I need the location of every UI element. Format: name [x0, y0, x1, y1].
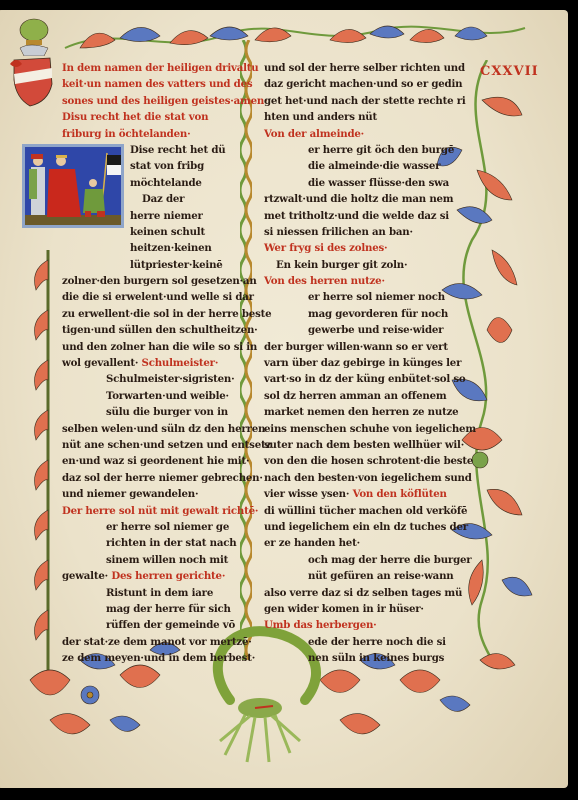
chapter-number: CXXVII: [480, 64, 539, 79]
text-line: mag gevorderen für noch: [264, 306, 454, 322]
text-line: Disu recht het die stat von: [62, 109, 258, 125]
text-line: und iegelichem ein eln dz tuches der: [264, 519, 454, 535]
text-line: er herre git öch den burgē: [264, 142, 454, 158]
text-line: gewerbe und reise·wider: [264, 322, 454, 338]
text-line: selben welen·und süln dz den herren: [62, 421, 258, 437]
text-line: und niemer gewandelen·: [62, 486, 258, 502]
text-line: stat von fribg: [62, 158, 258, 174]
text-line: die almeinde·die wasser: [264, 158, 454, 174]
text-line: also verre daz si dz selben tages mü: [264, 585, 454, 601]
text-line: heitzen·keinen: [62, 240, 258, 256]
text-line: Von der almeinde·: [264, 126, 454, 142]
rubric-heading: Von den köflüten: [349, 488, 447, 500]
text-line: si niessen frilichen an ban·: [264, 224, 454, 240]
text-line: ede der herre noch die si: [264, 634, 454, 650]
text-line: der burger willen·wann so er vert: [264, 339, 454, 355]
text-line: vart·so in dz der küng enbütet·sol so: [264, 371, 454, 387]
text-line: rüffen der gemeinde vō: [62, 617, 258, 633]
rubric-heading: Schulmeister·: [138, 357, 218, 369]
text-line: Wer fryg si des zolnes·: [264, 240, 454, 256]
text-line: Torwarten·und weible·: [62, 388, 258, 404]
text-line: En kein burger git zoln·: [264, 257, 454, 273]
text-line: nüt gefüren an reise·wann: [264, 568, 454, 584]
text-line: varn über daz gebirge in künges ler: [264, 355, 454, 371]
text-line: sones und des heiligen geistes·amen·: [62, 93, 258, 109]
text-line: en·und waz si geordenent hie mit·: [62, 453, 258, 469]
text-line: keit·un namen des vatters und des: [62, 76, 258, 92]
text-line: sol dz herren amman an offenem: [264, 388, 454, 404]
text-line: get het·und nach der stette rechte ri: [264, 93, 454, 109]
coat-of-arms-shield-icon: [10, 56, 54, 108]
text-line: och mag der herre die burger: [264, 552, 454, 568]
text-line: er ze handen het·: [264, 535, 454, 551]
text-line: lütpriester·keinē: [62, 257, 258, 273]
text-line: richten in der stat nach: [62, 535, 258, 551]
text-line: Von des herren nutze·: [264, 273, 454, 289]
rubric-heading: Des herren gerichte·: [108, 570, 225, 582]
text-line: Dise recht het dü: [62, 142, 258, 158]
text-line: und sol der herre selber richten und: [264, 60, 454, 76]
text-line: und den zolner han die wile so si in: [62, 339, 258, 355]
text-line: eins menschen schuhe von iegelichem: [264, 421, 454, 437]
text-line: nüt ane schen·und setzen und entsetz: [62, 437, 258, 453]
text-line: di wüllini tücher machen old verköfē: [264, 503, 454, 519]
text-line: gewalte· Des herren gerichte·: [62, 568, 258, 584]
text-line: sinem willen noch mit: [62, 552, 258, 568]
text-line: keinen schult: [62, 224, 258, 240]
text-line: suter nach dem besten wellhüer wil·: [264, 437, 454, 453]
left-text-column: In dem namen der heiligen drivaltukeit·u…: [62, 60, 258, 666]
right-text-column: und sol der herre selber richten unddaz …: [264, 60, 454, 666]
text-line: daz gericht machen·und so er gedin: [264, 76, 454, 92]
text-line: sülu die burger von in: [62, 404, 258, 420]
text-line: zolner·den burgern sol gesetzen·an: [62, 273, 258, 289]
text-line: vier wisse ysen· Von den köflüten: [264, 486, 454, 502]
text-line: möchtelande: [62, 175, 258, 191]
text-line: Umb das herbergen·: [264, 617, 454, 633]
text-line: von den die hosen schrotent·die beste: [264, 453, 454, 469]
text-line: nach den besten·von iegelichem sund: [264, 470, 454, 486]
text-line: hten und anders nüt: [264, 109, 454, 125]
text-line: Der herre sol nüt mit gewalt richtē·: [62, 503, 258, 519]
text-line: friburg in öchtelanden·: [62, 126, 258, 142]
text-line: met tritholtz·und die welde daz si: [264, 208, 454, 224]
text-line: zu erwellent·die sol in der herre beste: [62, 306, 258, 322]
text-line: gen wider komen in ir hüser·: [264, 601, 454, 617]
text-line: mag der herre für sich: [62, 601, 258, 617]
text-line: der stat·ze dem manot vor mertzē·: [62, 634, 258, 650]
text-line: er herre sol niemer ge: [62, 519, 258, 535]
heraldic-crest-icon: [16, 18, 56, 56]
text-line: wol gevallent· Schulmeister·: [62, 355, 258, 371]
text-line: In dem namen der heiligen drivaltu: [62, 60, 258, 76]
top-border-foliage: [60, 18, 530, 60]
text-line: ze dem meyen·und in dem herbest·: [62, 650, 258, 666]
text-line: die wasser flüsse·den swa: [264, 175, 454, 191]
left-border-foliage: [30, 250, 60, 680]
text-line: rtzwalt·und die holtz die man nem: [264, 191, 454, 207]
text-line: nen süln in keines burgs: [264, 650, 454, 666]
text-line: daz sol der herre niemer gebrechen·: [62, 470, 258, 486]
text-line: die die si erwelent·und welle si dar: [62, 289, 258, 305]
text-line: tigen·und süllen den schultheitzen·: [62, 322, 258, 338]
text-line: Schulmeister·sigristen·: [62, 371, 258, 387]
text-line: market nemen den herren ze nutze: [264, 404, 454, 420]
text-line: Daz der: [62, 191, 258, 207]
text-line: herre niemer: [62, 208, 258, 224]
text-line: er herre sol niemer noch: [264, 289, 454, 305]
text-line: Ristunt in dem iare: [62, 585, 258, 601]
